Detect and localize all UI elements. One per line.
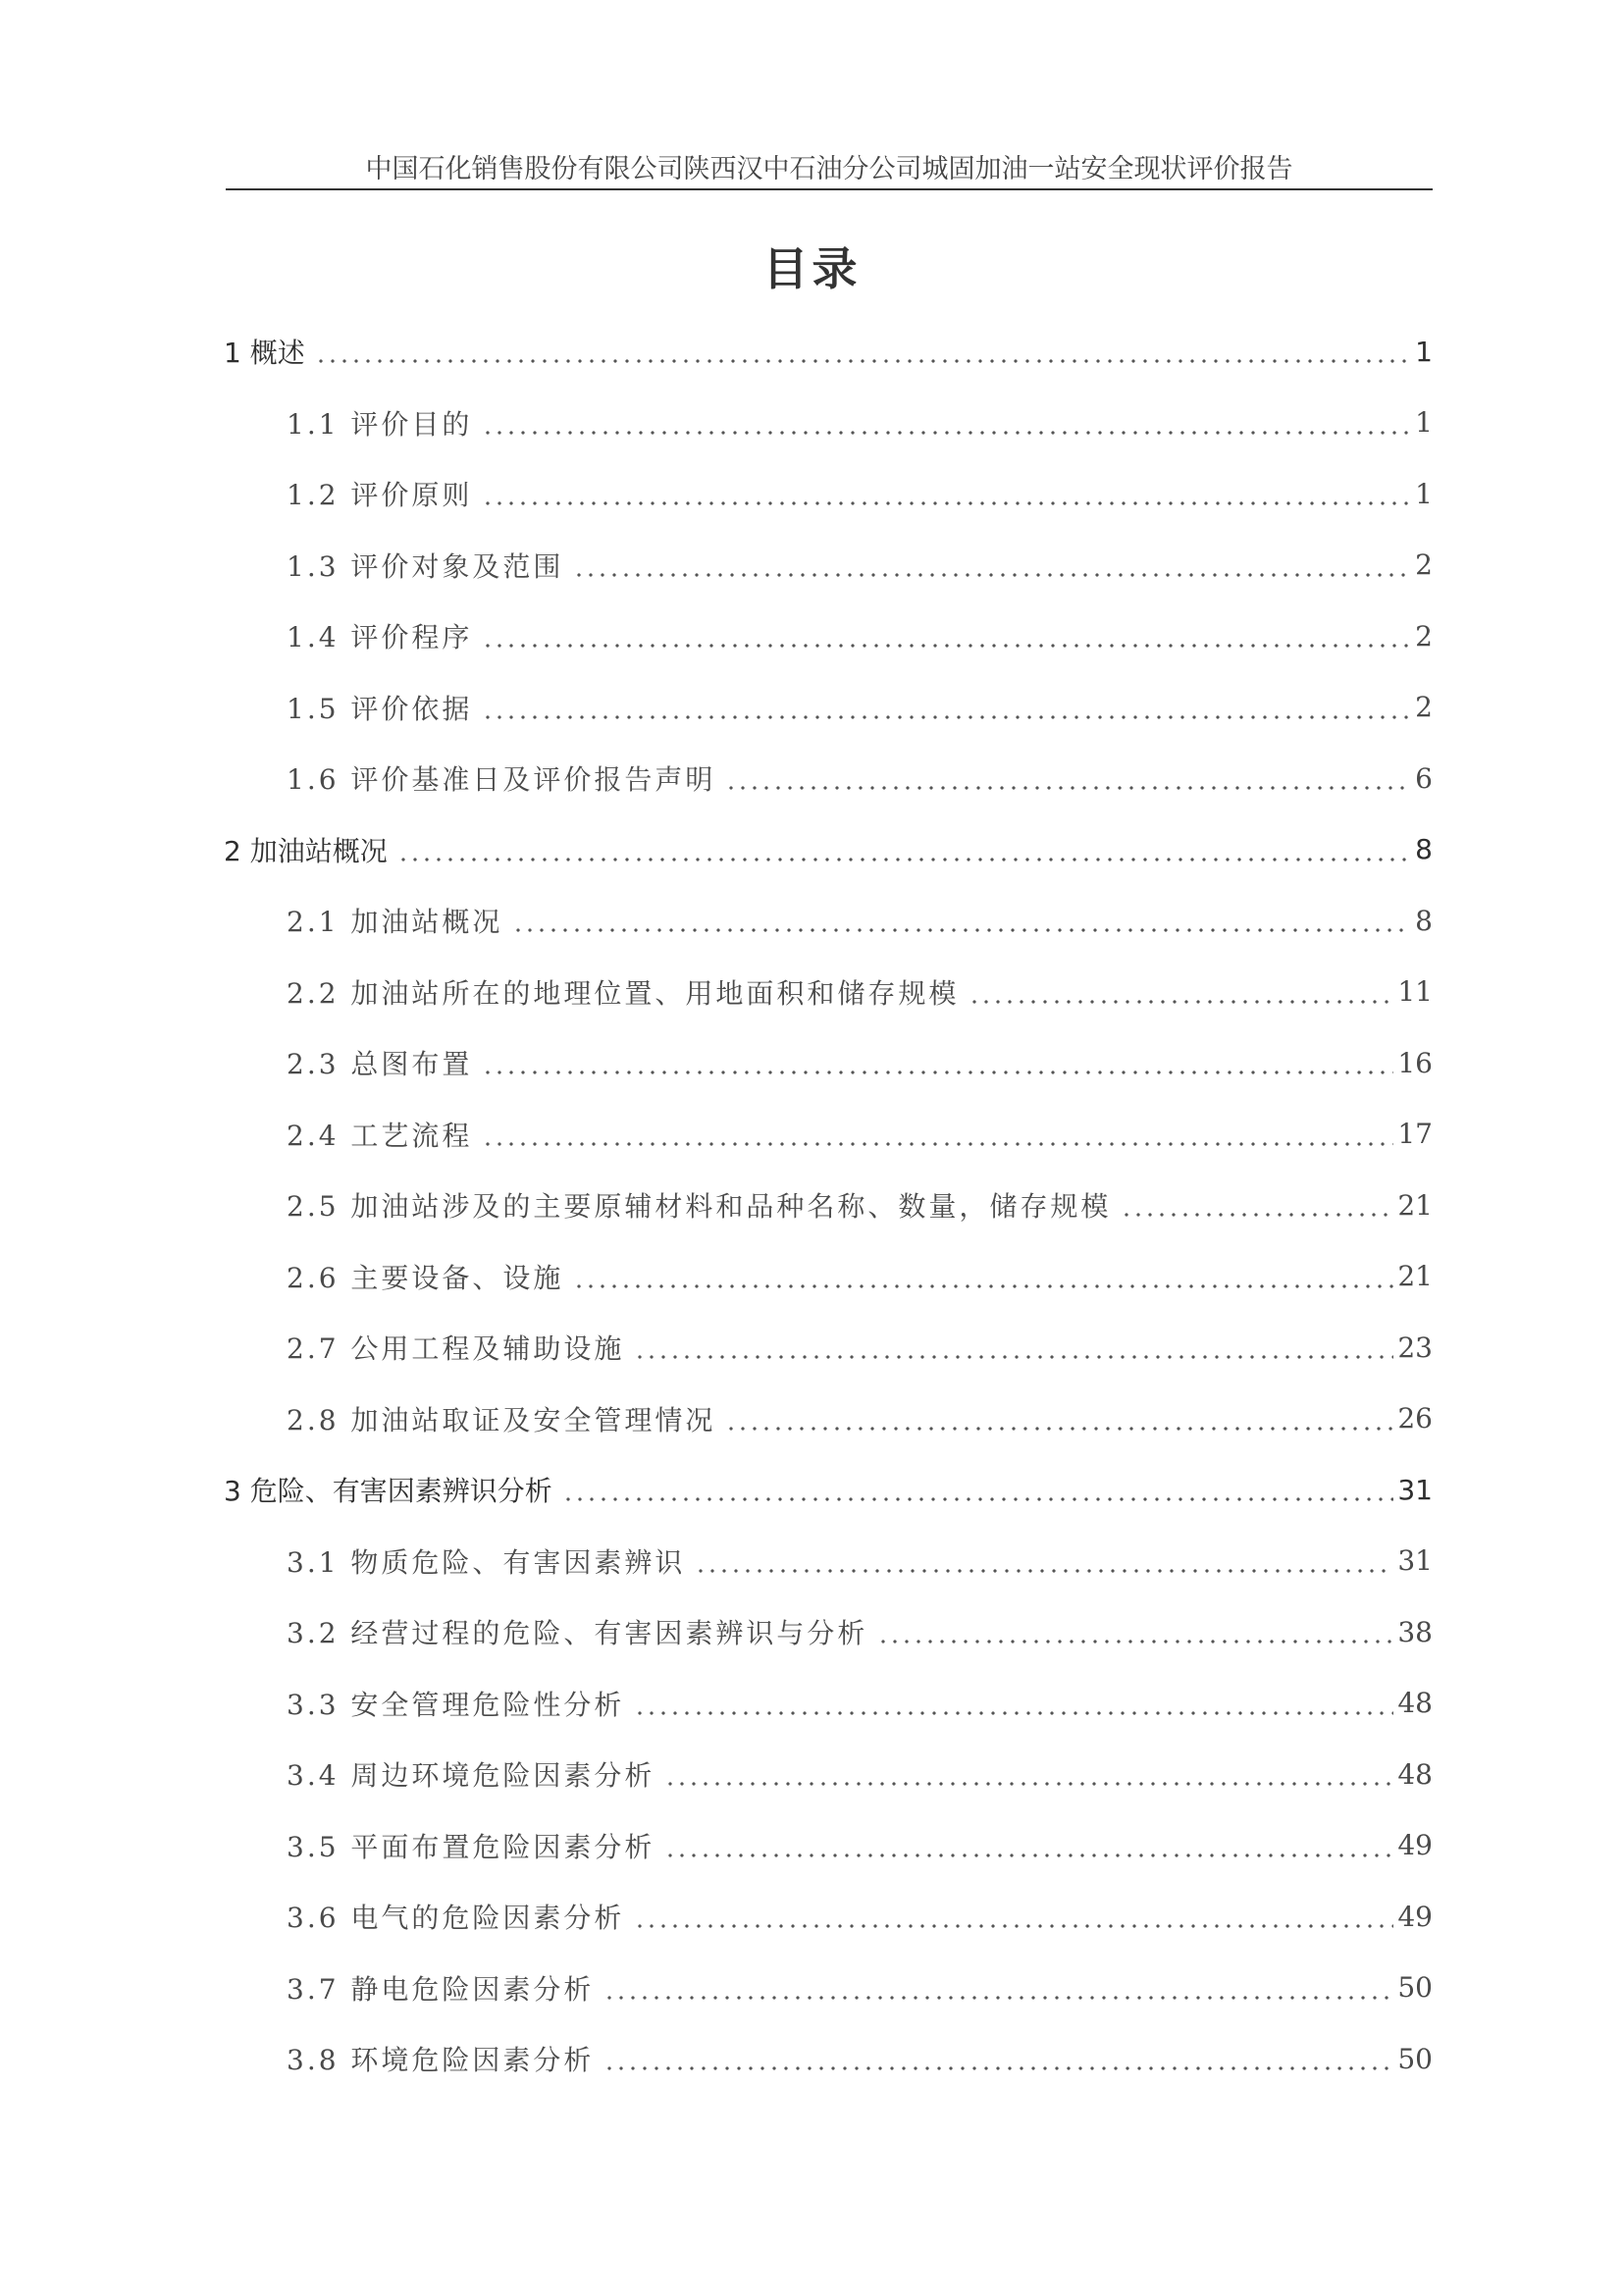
toc-chapter-entry[interactable]: 2 加油站概况8 xyxy=(224,814,1433,886)
dot-leader xyxy=(634,1690,1393,1717)
toc-entry-label: 2.1 加油站概况 xyxy=(287,901,508,940)
toc-entry-label: 2.2 加油站所在的地理位置、用地面积和储存规模 xyxy=(287,972,965,1012)
toc-entry-label: 1.1 评价目的 xyxy=(287,403,478,443)
toc-entry-label: 2.6 主要设备、设施 xyxy=(287,1257,569,1296)
toc-section-entry[interactable]: 2.6 主要设备、设施21 xyxy=(224,1241,1433,1313)
toc-page-number: 31 xyxy=(1397,1474,1433,1506)
toc-page-number: 16 xyxy=(1397,1047,1433,1079)
header-rule xyxy=(226,188,1433,190)
toc-page-number: 6 xyxy=(1413,762,1433,795)
toc-section-entry[interactable]: 2.8 加油站取证及安全管理情况26 xyxy=(224,1383,1433,1455)
toc-entry-label: 3.7 静电危险因素分析 xyxy=(287,1968,600,2008)
toc-page-number: 48 xyxy=(1397,1687,1433,1719)
toc-page-number: 2 xyxy=(1413,691,1433,723)
toc-page-number: 11 xyxy=(1397,975,1433,1008)
dot-leader xyxy=(315,338,1409,365)
toc-entry-label: 3.1 物质危险、有害因素辨识 xyxy=(287,1541,691,1581)
dot-leader xyxy=(1121,1191,1393,1219)
dot-leader xyxy=(482,1049,1393,1076)
toc-title: 目录 xyxy=(0,234,1624,298)
toc-section-entry[interactable]: 3.1 物质危险、有害因素辨识31 xyxy=(224,1526,1433,1597)
toc-section-entry[interactable]: 3.3 安全管理危险性分析48 xyxy=(224,1668,1433,1740)
toc-entry-label: 3.6 电气的危险因素分析 xyxy=(287,1897,630,1936)
toc-page-number: 38 xyxy=(1397,1616,1433,1648)
toc-entry-label: 1.2 评价原则 xyxy=(287,474,478,513)
toc-entry-label: 2.4 工艺流程 xyxy=(287,1115,478,1154)
toc-section-entry[interactable]: 1.4 评价程序2 xyxy=(224,600,1433,672)
toc-entry-label: 3.5 平面布置危险因素分析 xyxy=(287,1826,660,1865)
toc-entry-label: 3.8 环境危险因素分析 xyxy=(287,2039,600,2078)
toc-section-entry[interactable]: 2.5 加油站涉及的主要原辅材料和品种名称、数量，储存规模21 xyxy=(224,1170,1433,1241)
toc-section-entry[interactable]: 1.1 评价目的1 xyxy=(224,388,1433,459)
dot-leader xyxy=(877,1618,1393,1645)
dot-leader xyxy=(482,409,1409,437)
toc-page-number: 21 xyxy=(1397,1260,1433,1292)
toc-entry-label: 1.6 评价基准日及评价报告声明 xyxy=(287,758,721,798)
toc-page-number: 50 xyxy=(1397,2043,1433,2075)
dot-leader xyxy=(664,1760,1393,1788)
toc-section-entry[interactable]: 2.2 加油站所在的地理位置、用地面积和储存规模11 xyxy=(224,957,1433,1028)
toc-page-number: 31 xyxy=(1397,1544,1433,1577)
toc-section-entry[interactable]: 3.5 平面布置危险因素分析49 xyxy=(224,1810,1433,1882)
dot-leader xyxy=(573,1263,1393,1290)
dot-leader xyxy=(725,764,1409,792)
toc-page-number: 1 xyxy=(1413,336,1433,368)
toc-page-number: 8 xyxy=(1413,833,1433,865)
toc-section-entry[interactable]: 2.1 加油站概况8 xyxy=(224,885,1433,957)
toc-chapter-entry[interactable]: 1 概述1 xyxy=(224,316,1433,388)
toc-page-number: 17 xyxy=(1397,1118,1433,1150)
toc-section-entry[interactable]: 1.5 评价依据2 xyxy=(224,672,1433,744)
toc-chapter-entry[interactable]: 3 危险、有害因素辨识分析31 xyxy=(224,1454,1433,1526)
running-header: 中国石化销售股份有限公司陕西汉中石油分公司城固加油一站安全现状评价报告 xyxy=(226,147,1433,185)
toc-page-number: 21 xyxy=(1397,1189,1433,1222)
toc-entry-label: 1.3 评价对象及范围 xyxy=(287,546,569,585)
dot-leader xyxy=(512,907,1409,934)
toc-entry-label: 2.3 总图布置 xyxy=(287,1043,478,1082)
dot-leader xyxy=(573,551,1409,579)
toc-page-number: 50 xyxy=(1397,1971,1433,2004)
table-of-contents: 1 概述11.1 评价目的11.2 评价原则11.3 评价对象及范围21.4 评… xyxy=(224,316,1433,2095)
toc-page-number: 8 xyxy=(1413,905,1433,937)
toc-section-entry[interactable]: 2.7 公用工程及辅助设施23 xyxy=(224,1312,1433,1383)
dot-leader xyxy=(603,2045,1393,2072)
toc-entry-label: 1.5 评价依据 xyxy=(287,688,478,727)
toc-entry-label: 3.3 安全管理危险性分析 xyxy=(287,1684,630,1723)
toc-page-number: 49 xyxy=(1397,1901,1433,1933)
toc-section-entry[interactable]: 3.8 环境危险因素分析50 xyxy=(224,2023,1433,2095)
toc-section-entry[interactable]: 3.2 经营过程的危险、有害因素辨识与分析38 xyxy=(224,1596,1433,1668)
toc-page-number: 1 xyxy=(1413,406,1433,439)
toc-entry-label: 1.4 评价程序 xyxy=(287,616,478,655)
dot-leader xyxy=(664,1832,1393,1859)
toc-entry-label: 2.8 加油站取证及安全管理情况 xyxy=(287,1399,721,1438)
toc-entry-label: 3 危险、有害因素辨识分析 xyxy=(224,1470,558,1509)
dot-leader xyxy=(397,836,1409,863)
toc-section-entry[interactable]: 3.4 周边环境危险因素分析48 xyxy=(224,1739,1433,1810)
toc-page-number: 23 xyxy=(1397,1331,1433,1364)
toc-page-number: 2 xyxy=(1413,620,1433,652)
dot-leader xyxy=(634,1333,1393,1361)
toc-page-number: 49 xyxy=(1397,1829,1433,1861)
toc-page-number: 26 xyxy=(1397,1402,1433,1435)
toc-section-entry[interactable]: 2.4 工艺流程17 xyxy=(224,1099,1433,1171)
toc-entry-label: 2 加油站概况 xyxy=(224,830,393,869)
dot-leader xyxy=(482,1121,1393,1148)
dot-leader xyxy=(725,1405,1393,1433)
toc-page-number: 1 xyxy=(1413,478,1433,510)
toc-entry-label: 2.7 公用工程及辅助设施 xyxy=(287,1328,630,1367)
toc-entry-label: 1 概述 xyxy=(224,332,311,371)
toc-entry-label: 2.5 加油站涉及的主要原辅材料和品种名称、数量，储存规模 xyxy=(287,1185,1117,1225)
toc-section-entry[interactable]: 1.6 评价基准日及评价报告声明6 xyxy=(224,743,1433,814)
dot-leader xyxy=(562,1476,1394,1503)
toc-section-entry[interactable]: 1.3 评价对象及范围2 xyxy=(224,530,1433,601)
dot-leader xyxy=(482,622,1409,650)
dot-leader xyxy=(603,1974,1393,2002)
dot-leader xyxy=(969,978,1393,1006)
toc-section-entry[interactable]: 3.6 电气的危险因素分析49 xyxy=(224,1881,1433,1953)
toc-section-entry[interactable]: 2.3 总图布置16 xyxy=(224,1027,1433,1099)
toc-page-number: 2 xyxy=(1413,548,1433,581)
toc-page-number: 48 xyxy=(1397,1758,1433,1791)
toc-section-entry[interactable]: 3.7 静电危险因素分析50 xyxy=(224,1953,1433,2024)
toc-entry-label: 3.4 周边环境危险因素分析 xyxy=(287,1754,660,1794)
dot-leader xyxy=(482,694,1409,721)
toc-section-entry[interactable]: 1.2 评价原则1 xyxy=(224,458,1433,530)
dot-leader xyxy=(634,1903,1393,1930)
dot-leader xyxy=(482,480,1409,507)
toc-entry-label: 3.2 经营过程的危险、有害因素辨识与分析 xyxy=(287,1612,873,1651)
dot-leader xyxy=(695,1547,1393,1575)
